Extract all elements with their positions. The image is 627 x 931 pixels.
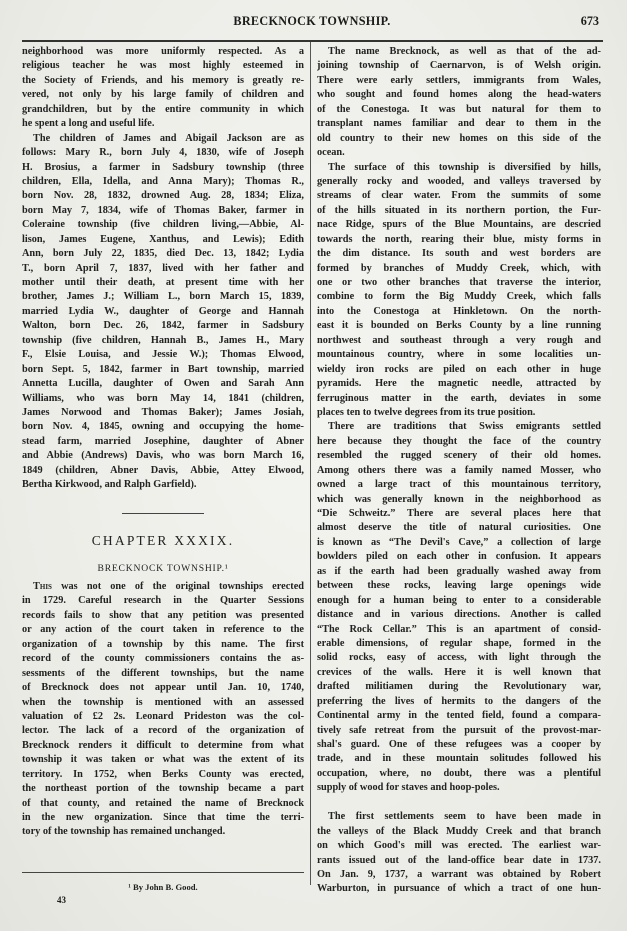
- text-line: northwest and southeast through a very r…: [317, 334, 601, 348]
- text-line: east it is bounded on Berks County by a …: [317, 319, 601, 333]
- text-line: erable dimensions, of regular shape, for…: [317, 637, 601, 651]
- text-line: in the new organization. Since that time…: [22, 811, 304, 825]
- text-line: mountainous country, where in some local…: [317, 348, 601, 362]
- text-line: Annetta Lucilla, daughter of Owen and Sa…: [22, 377, 304, 391]
- text-line: drafted militiamen during the Revolution…: [317, 680, 601, 694]
- text-line: between these rocks, leaving large openi…: [317, 579, 601, 593]
- text-line: of Brecknock does not appear until Jan. …: [22, 681, 304, 695]
- text-line: married Lydia W., daughter of George and…: [22, 305, 304, 319]
- text-line: supply of wood for staves and hoop-poles…: [317, 781, 601, 795]
- text-line: born Nov. 28, 1832, drowned Aug. 28, 183…: [22, 189, 304, 203]
- page-header: BRECKNOCK TOWNSHIP. 673: [22, 14, 602, 34]
- text-line: ocean.: [317, 146, 601, 160]
- text-line: shal's guard. One of these refugees was …: [317, 738, 601, 752]
- text-line: crevices of the walls. Here it is well k…: [317, 666, 601, 680]
- text-line: here because they thought the face of th…: [317, 435, 601, 449]
- text-line: pyramids. Here the magnetic needle, attr…: [317, 377, 601, 391]
- column-divider: [310, 42, 311, 885]
- text-line: James Norwood and Thomas Baker); James J…: [22, 406, 304, 420]
- text-line: into the Conestoga at Hinkletown. On the…: [317, 305, 601, 319]
- text-line: when the township is mentioned with an a…: [22, 696, 304, 710]
- text-line: Walton, born Dec. 26, 1842, farmer in Sa…: [22, 319, 304, 333]
- text-line: T., born April 7, 1837, lived with her f…: [22, 262, 304, 276]
- text-line: and Abbie (Andrews) Davis, who was born …: [22, 449, 304, 463]
- text-line: born Nov. 4, 1845, owning and occupying …: [22, 420, 304, 434]
- text-line: born Sept. 5, 1842, farmer in Bart towns…: [22, 363, 304, 377]
- text-line: There are traditions that Swiss emigrant…: [317, 420, 601, 434]
- text-line: 1849 (children, Abner Davis, Abbie, Atte…: [22, 464, 304, 478]
- text-line: preferring the lives of hermits to the d…: [317, 695, 601, 709]
- text-line: children, Ella, Idella, and Anna Mary); …: [22, 175, 304, 189]
- text-line: religious teacher he was most highly est…: [22, 59, 304, 73]
- text-line: is known as “The Devil's Cave,” a collec…: [317, 536, 601, 550]
- text-line: This was not one of the original townshi…: [22, 580, 304, 594]
- text-line: mother until their death, at present tim…: [22, 276, 304, 290]
- text-line: generally rocky and wooded, and valleys …: [317, 175, 601, 189]
- left-column: neighborhood was more uniformly respecte…: [22, 45, 304, 840]
- text-line: distance and in various directions. Anot…: [317, 608, 601, 622]
- text-line: stead farm, married Josephine, daughter …: [22, 435, 304, 449]
- text-line: transplant names familiar and dear to th…: [317, 117, 601, 131]
- text-line: vered, not only by his large family of c…: [22, 88, 304, 102]
- text-line: in 1729. Careful research in the Quarter…: [22, 594, 304, 608]
- paragraph-first-settlements: The first settlements seem to have been …: [317, 810, 601, 897]
- paragraph-swiss-traditions: There are traditions that Swiss emigrant…: [317, 420, 601, 795]
- text-line: nace Ridge, spurs of the Blue Mountains,…: [317, 218, 601, 232]
- paragraph-brecknock-origin: This was not one of the original townshi…: [22, 580, 304, 840]
- text-line: Warburton, in pursuance of which a tract…: [317, 882, 601, 896]
- text-line: Continental army in the tented field, fo…: [317, 709, 601, 723]
- text-line: bowlders piled on each other in confusio…: [317, 550, 601, 564]
- text-line: resembled the rugged scenery of their ol…: [317, 449, 601, 463]
- text-line: lison, James Eugene, Xanthus, and Lewis)…: [22, 233, 304, 247]
- text-line: owned a large tract of this mountainous …: [317, 478, 601, 492]
- text-line: the dim distance. Its south and west bor…: [317, 247, 601, 261]
- page-number: 673: [581, 14, 599, 29]
- text-line: the valleys of the Black Muddy Creek and…: [317, 825, 601, 839]
- text-line: “The Rock Cellar.” This is an apartment …: [317, 623, 601, 637]
- chapter-subtitle: BRECKNOCK TOWNSHIP.¹: [22, 562, 304, 580]
- text-line: places ten to twelve degrees from its tr…: [317, 406, 601, 420]
- text-line: combine to form the Big Muddy Creek, whi…: [317, 290, 601, 304]
- text-line: Brecknock renders it difficult to determ…: [22, 739, 304, 753]
- text-line: neighborhood was more uniformly respecte…: [22, 45, 304, 59]
- text-line: tively safe retreat from the pursuit of …: [317, 724, 601, 738]
- text-line: the Society of Friends, and his memory i…: [22, 74, 304, 88]
- spacer: [317, 796, 601, 810]
- text-line: enough for a human being to enter to a c…: [317, 594, 601, 608]
- footnote: ¹ By John B. Good.: [22, 882, 304, 892]
- text-line: brother, James J.; William L., born Marc…: [22, 290, 304, 304]
- text-line: H. Brosius, a farmer in Sadsbury townshi…: [22, 161, 304, 175]
- paragraph-surface: The surface of this township is diversif…: [317, 161, 601, 421]
- footnote-rule: [22, 872, 304, 873]
- text-line: grandchildren, but by the entire communi…: [22, 103, 304, 117]
- text-line: Williams, who was born May 14, 1841 (chi…: [22, 392, 304, 406]
- text-line: The surface of this township is diversif…: [317, 161, 601, 175]
- running-head: BRECKNOCK TOWNSHIP.: [22, 14, 602, 29]
- text-line: Coleraine township (five children living…: [22, 218, 304, 232]
- book-page: BRECKNOCK TOWNSHIP. 673 neighborhood was…: [0, 0, 627, 931]
- text-line: streams of clear water. From the summits…: [317, 189, 601, 203]
- text-line: or any action of the court taken in refe…: [22, 623, 304, 637]
- text-line: on which Good's mill was erected. The ea…: [317, 839, 601, 853]
- text-line: record of the county commissioners conta…: [22, 652, 304, 666]
- text-line: follows: Mary R., born July 4, 1830, wif…: [22, 146, 304, 160]
- text-line: The name Brecknock, as well as that of t…: [317, 45, 601, 59]
- text-line: towards the north, rearing their blue, m…: [317, 233, 601, 247]
- text-line: solid rocks, easy of access, with light …: [317, 651, 601, 665]
- text-line: Ann, born July 22, 1835, died Dec. 13, 1…: [22, 247, 304, 261]
- text-line: of the hills situated in its northern po…: [317, 204, 601, 218]
- text-line: sessments of the different townships, bu…: [22, 667, 304, 681]
- text-line: which was generally known in the neighbo…: [317, 493, 601, 507]
- text-line: of that county, and retained the name of…: [22, 797, 304, 811]
- signature-mark: 43: [57, 895, 66, 905]
- text-line: one or two other branches that traverse …: [317, 276, 601, 290]
- text-line: F., Elsie Louisa, and Jessie W.); Thomas…: [22, 348, 304, 362]
- section-rule: [122, 513, 204, 514]
- text-line: Among others there was a family named Mo…: [317, 464, 601, 478]
- paragraph-welsh-origin: The name Brecknock, as well as that of t…: [317, 45, 601, 161]
- text-line: as if the earth had been gradually washe…: [317, 565, 601, 579]
- drop-word: This: [33, 581, 52, 592]
- text-line: organization of a township by this name.…: [22, 638, 304, 652]
- text-line: old country to their new homes on this s…: [317, 132, 601, 146]
- text-line: almost deserve the title of natural curi…: [317, 521, 601, 535]
- text-line: lector. The lack of a record of the orga…: [22, 724, 304, 738]
- paragraph-jackson-tribute: neighborhood was more uniformly respecte…: [22, 45, 304, 132]
- text-line: township (five children, Hannah B., Jame…: [22, 334, 304, 348]
- text-line: ferruginous matter in the earth, deviate…: [317, 392, 601, 406]
- text-line: territory. In 1752, when Berks County wa…: [22, 768, 304, 782]
- text-line: wieldy iron rocks are piled on each othe…: [317, 363, 601, 377]
- text-line: The children of James and Abigail Jackso…: [22, 132, 304, 146]
- text-line: of the Conestoga. It was but natural for…: [317, 103, 601, 117]
- text-line: Bertha Kirkwood, and Ralph Garfield).: [22, 478, 304, 492]
- paragraph-jackson-children: The children of James and Abigail Jackso…: [22, 132, 304, 493]
- text-line: who sought and found homes along the hea…: [317, 88, 601, 102]
- text-fragment: was not one of the original townships er…: [52, 581, 304, 592]
- text-line: born May 7, 1834, wife of Thomas Baker, …: [22, 204, 304, 218]
- header-rule: [22, 40, 603, 42]
- text-line: On Jan. 9, 1737, a warrant was obtained …: [317, 868, 601, 882]
- text-line: tory of the township has remained unchan…: [22, 825, 304, 839]
- spacer: [22, 493, 304, 507]
- text-line: township it was taken or what was the ex…: [22, 753, 304, 767]
- chapter-title: CHAPTER XXXIX.: [22, 534, 304, 554]
- text-line: formed by branches of Muddy Creek, which…: [317, 262, 601, 276]
- text-line: The first settlements seem to have been …: [317, 810, 601, 824]
- text-line: There were early settlers, immigrants fr…: [317, 74, 601, 88]
- text-line: joining township of Caernarvon, is of We…: [317, 59, 601, 73]
- text-line: he spent a long and useful life.: [22, 117, 304, 131]
- text-line: rants issued out of the land-office bear…: [317, 854, 601, 868]
- text-line: “Die Schweitz.” There are several places…: [317, 507, 601, 521]
- text-line: valuation of £2 2s. Leonard Prideston wa…: [22, 710, 304, 724]
- text-line: trade, and in these mountain solitudes f…: [317, 752, 601, 766]
- text-line: occupation, where, no doubt, there was a…: [317, 767, 601, 781]
- right-column: The name Brecknock, as well as that of t…: [317, 45, 601, 897]
- text-line: records fails to show that any petition …: [22, 609, 304, 623]
- text-line: the northeast portion of the township be…: [22, 782, 304, 796]
